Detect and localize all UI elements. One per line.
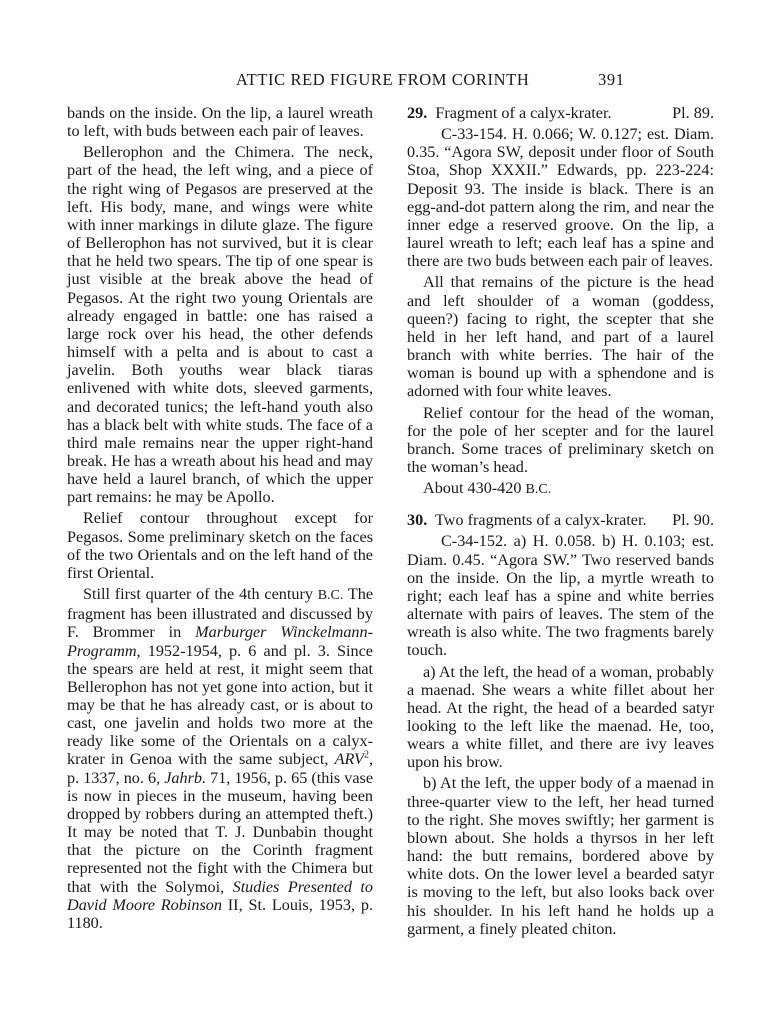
bc-abbrev: B.C.: [318, 588, 344, 603]
entry-title: Fragment of a calyx-krater.: [435, 104, 611, 122]
page-number: 391: [598, 70, 625, 90]
document-page: ATTIC RED FIGURE FROM CORINTH 391 bands …: [0, 0, 773, 1024]
entry-label: 30. Two fragments of a calyx-krater.: [407, 511, 647, 529]
plate-reference: Pl. 90.: [672, 511, 714, 529]
entry-number: 30.: [407, 511, 427, 529]
right-column: 29. Fragment of a calyx-krater. Pl. 89. …: [407, 104, 714, 941]
text-run: About 430-420: [423, 479, 526, 497]
entry-metadata: C-34-152. a) H. 0.058. b) H. 0.103; est.…: [407, 532, 714, 659]
catalog-entry-heading: 29. Fragment of a calyx-krater. Pl. 89.: [407, 104, 714, 122]
entry-label: 29. Fragment of a calyx-krater.: [407, 104, 612, 122]
running-header: ATTIC RED FIGURE FROM CORINTH 391: [236, 70, 773, 94]
left-column: bands on the inside. On the lip, a laure…: [67, 104, 373, 935]
paragraph-date: About 430-420 B.C.: [407, 479, 714, 499]
text-run: Still first quarter of the 4th century: [83, 585, 318, 603]
plate-reference: Pl. 89.: [672, 104, 714, 122]
text-run: 1952-1954, p. 6 and pl. 3. Since the spe…: [67, 642, 373, 769]
paragraph: bands on the inside. On the lip, a laure…: [67, 104, 373, 140]
bc-abbrev: B.C.: [526, 482, 552, 497]
paragraph-dating-discussion: Still first quarter of the 4th century B…: [67, 585, 373, 932]
entry-title: Two fragments of a calyx-krater.: [435, 511, 646, 529]
paragraph-description: All that remains of the picture is the h…: [407, 273, 714, 400]
entry-metadata: C-33-154. H. 0.066; W. 0.127; est. Diam.…: [407, 125, 714, 270]
text-run: 71, 1956, p. 65 (this vase is now in pie…: [67, 769, 373, 896]
paragraph-technique: Relief contour for the head of the woman…: [407, 404, 714, 477]
catalog-entry-heading: 30. Two fragments of a calyx-krater. Pl.…: [407, 511, 714, 529]
paragraph-fragment-a: a) At the left, the head of a woman, pro…: [407, 663, 714, 772]
paragraph-relief-contour: Relief contour throughout except for Peg…: [67, 509, 373, 582]
paragraph-bellerophon: Bellerophon and the Chimera. The neck, p…: [67, 143, 373, 506]
paragraph-fragment-b: b) At the left, the upper body of a maen…: [407, 774, 714, 937]
entry-number: 29.: [407, 104, 427, 122]
citation-abbrev: Jahrb.: [164, 769, 206, 787]
citation-abbrev: ARV: [335, 750, 364, 768]
running-title: ATTIC RED FIGURE FROM CORINTH: [236, 70, 529, 90]
